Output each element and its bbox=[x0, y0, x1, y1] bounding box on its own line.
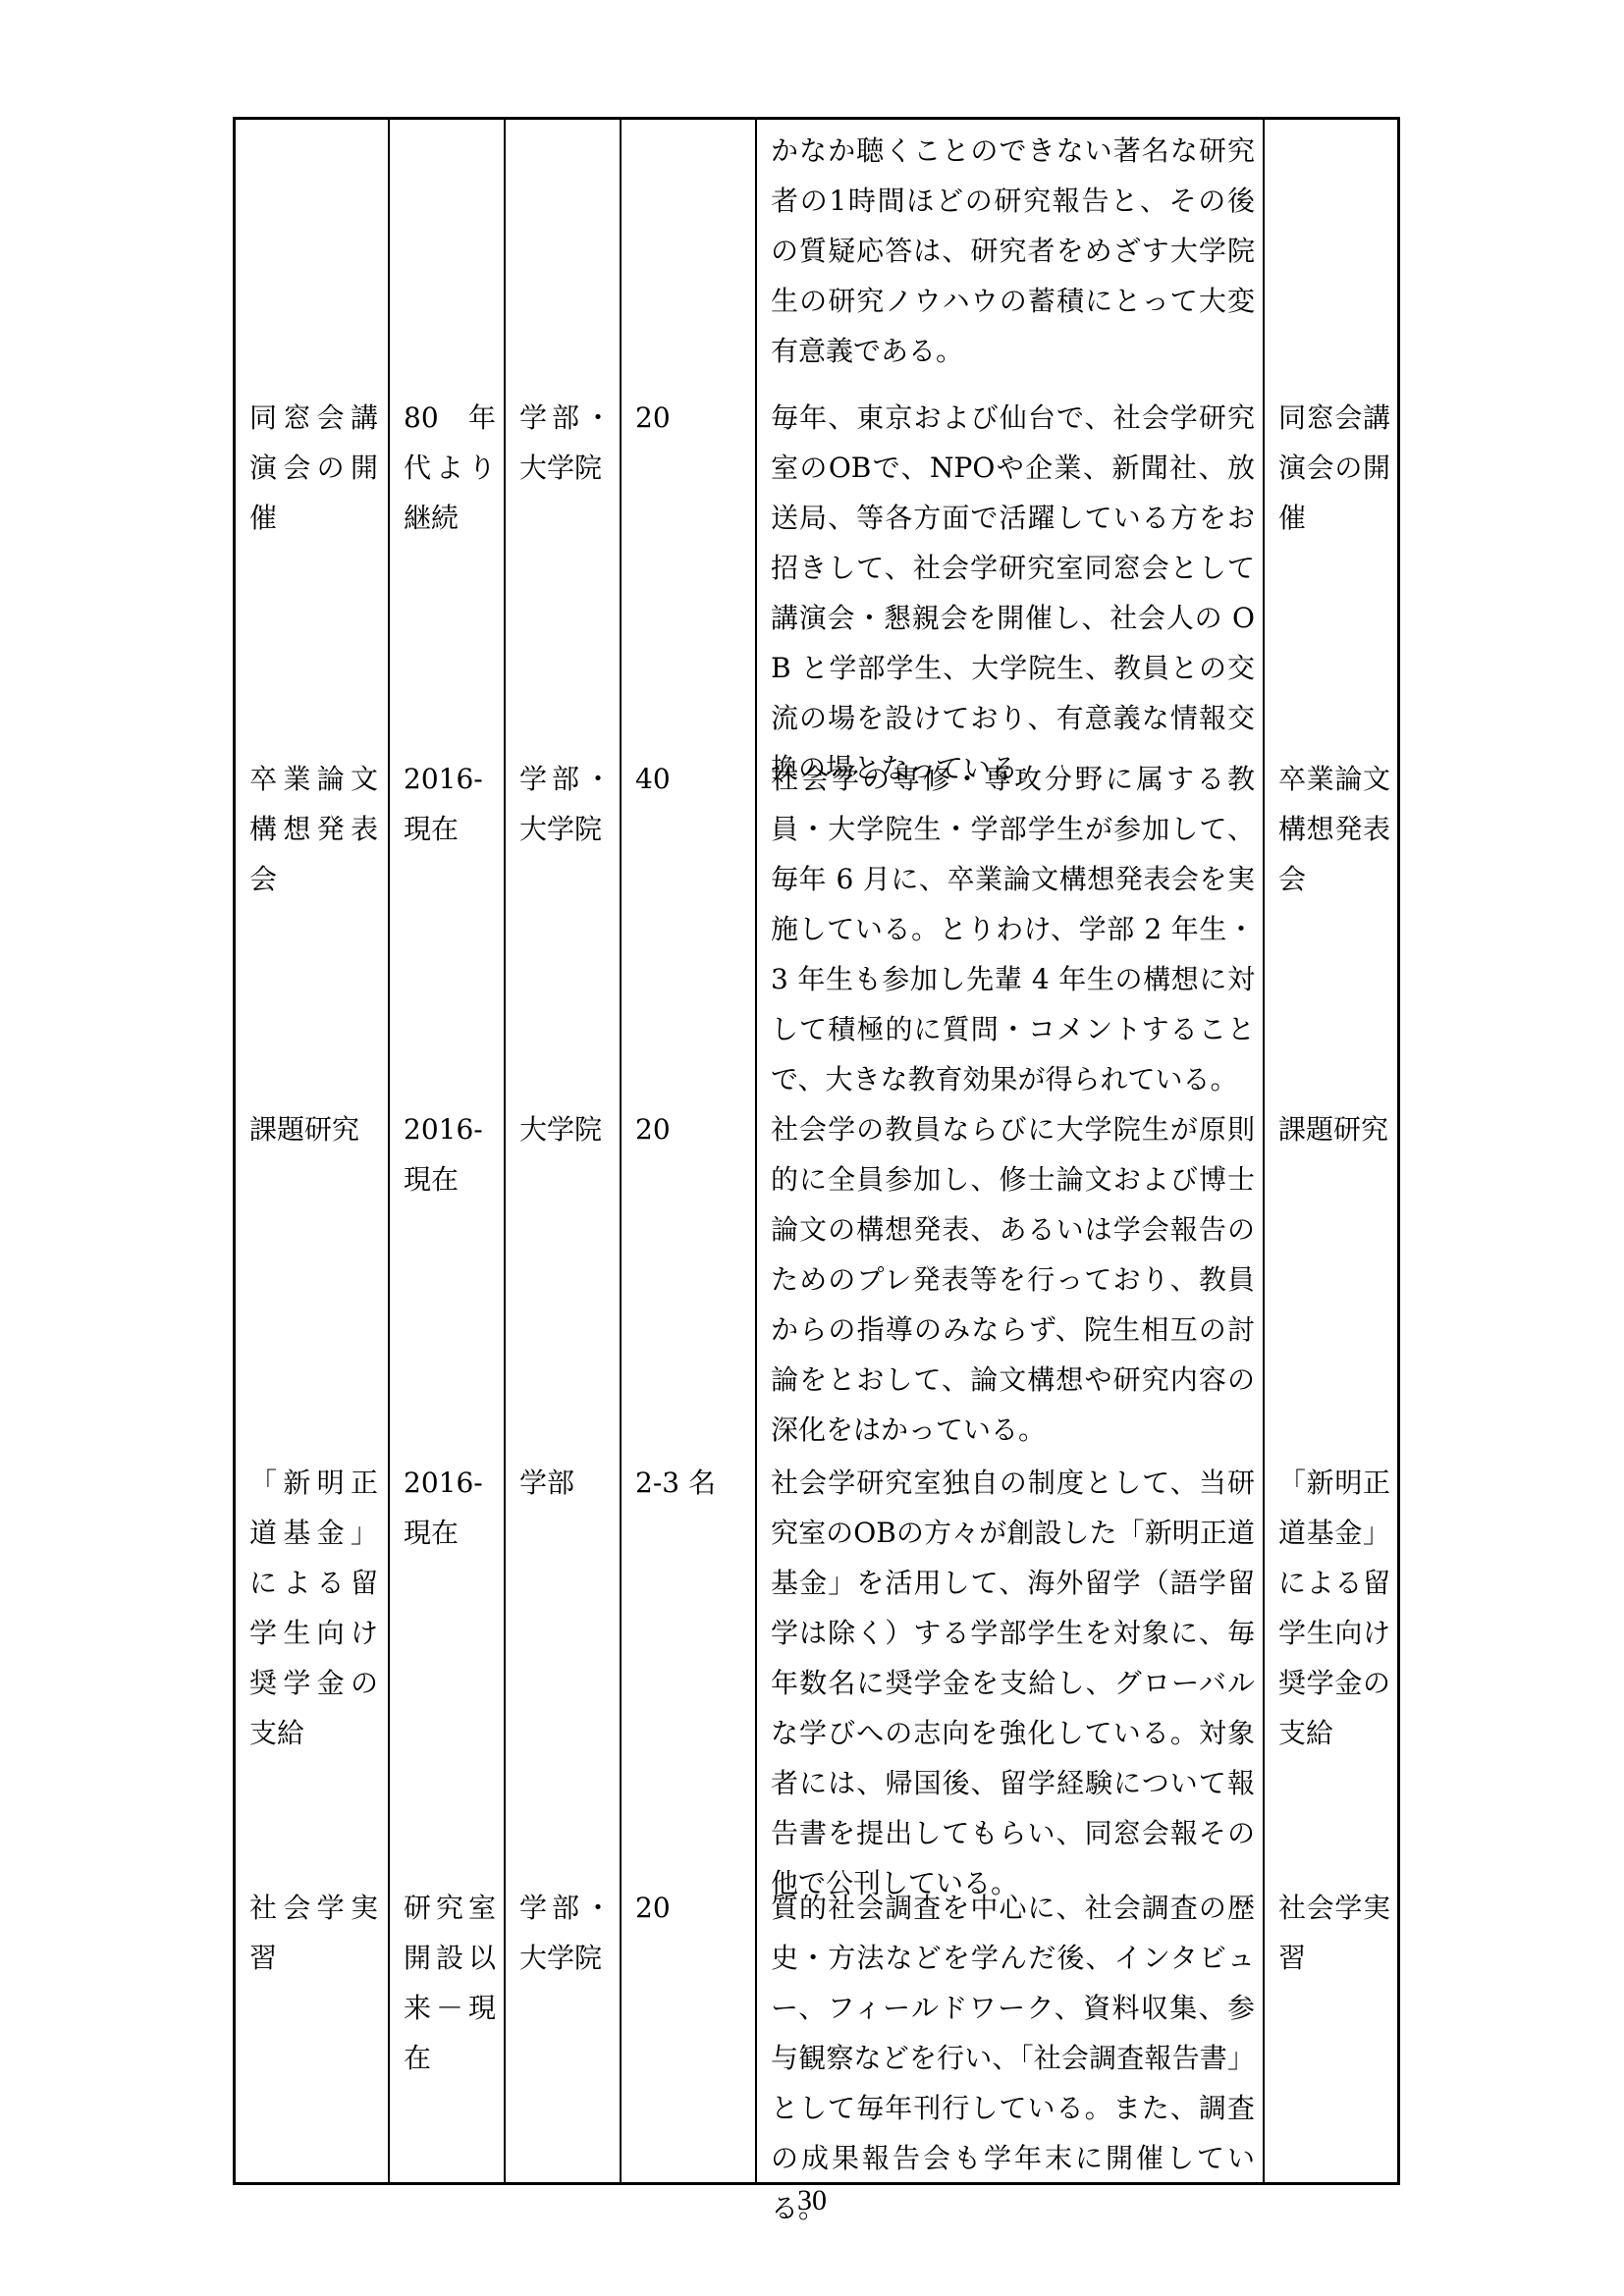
description-cell: かなか聴くことのできない著名な研究者の1時間ほどの研究報告と、その後の質疑応答は… bbox=[757, 126, 1265, 376]
activity-cell: 「新明正道基金」による留学生向け奨学金の支給 bbox=[236, 1458, 388, 1758]
activity-cell: 社会学実習 bbox=[236, 1883, 388, 1983]
description-cell: 社会学の教員ならびに大学院生が原則的に全員参加し、修士論文および博士論文の構想発… bbox=[757, 1104, 1265, 1455]
label-cell: 課題研究 bbox=[1265, 1104, 1400, 1154]
participants-cell: 20 bbox=[622, 393, 757, 443]
description-cell: 社会学研究室独自の制度として、当研究室のOBの方々が創設した「新明正道基金」を活… bbox=[757, 1458, 1265, 1908]
target-cell: 学部・大学院 bbox=[506, 1883, 622, 1983]
participants-cell: 20 bbox=[622, 1104, 757, 1154]
target-cell: 学部・大学院 bbox=[506, 393, 622, 493]
activity-cell: 卒業論文構想発表会 bbox=[236, 754, 388, 904]
activities-table: かなか聴くことのできない著名な研究者の1時間ほどの研究報告と、その後の質疑応答は… bbox=[233, 117, 1400, 2185]
participants-cell: 2-3 名 bbox=[622, 1458, 757, 1508]
label-cell: 「新明正道基金」による留学生向け奨学金の支給 bbox=[1265, 1458, 1400, 1758]
activity-cell: 課題研究 bbox=[236, 1104, 388, 1154]
period-cell: 研究室開設以来－現在 bbox=[390, 1883, 506, 2083]
period-cell: 80 年代より継続 bbox=[390, 393, 506, 543]
label-cell: 社会学実習 bbox=[1265, 1883, 1400, 1983]
target-cell: 大学院 bbox=[506, 1104, 622, 1154]
label-cell: 卒業論文構想発表会 bbox=[1265, 754, 1400, 904]
participants-cell: 20 bbox=[622, 1883, 757, 1933]
description-cell: 毎年、東京および仙台で、社会学研究室のOBで、NPOや企業、新聞社、放送局、等各… bbox=[757, 393, 1265, 793]
period-cell: 2016-現在 bbox=[390, 1104, 506, 1204]
description-cell: 社会学の専修・専攻分野に属する教員・大学院生・学部学生が参加して、毎年 6 月に… bbox=[757, 754, 1265, 1104]
page-number: 30 bbox=[0, 2184, 1624, 2217]
activity-cell: 同窓会講演会の開催 bbox=[236, 393, 388, 543]
target-cell: 学部 bbox=[506, 1458, 622, 1508]
period-cell: 2016-現在 bbox=[390, 1458, 506, 1558]
target-cell: 学部・大学院 bbox=[506, 754, 622, 854]
period-cell: 2016-現在 bbox=[390, 754, 506, 854]
label-cell: 同窓会講演会の開催 bbox=[1265, 393, 1400, 543]
description-cell: 質的社会調査を中心に、社会調査の歴史・方法などを学んだ後、インタビュー、フィール… bbox=[757, 1883, 1265, 2233]
participants-cell: 40 bbox=[622, 754, 757, 804]
